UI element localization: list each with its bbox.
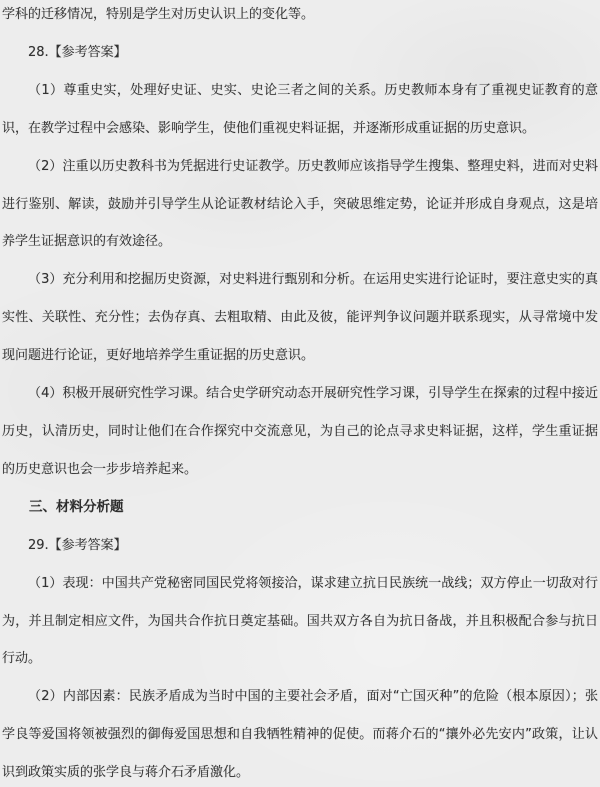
document-body: 学科的迁移情况，特别是学生对历史认识上的变化等。 28.【参考答案】 （1）尊重… — [2, 0, 598, 787]
answer-28-point-1: （1）尊重史实，处理好史证、史实、史论三者之间的关系。历史教师本身有了重视史证教… — [2, 72, 598, 148]
scanned-document-page: 学科的迁移情况，特别是学生对历史认识上的变化等。 28.【参考答案】 （1）尊重… — [0, 0, 600, 783]
answer-28-point-4: （4）积极开展研究性学习课。结合史学研究动态开展研究性学习课，引导学生在探索的过… — [2, 375, 598, 489]
answer-28-point-2: （2）注重以历史教科书为凭据进行史证教学。历史教师应该指导学生搜集、整理史料，进… — [2, 148, 598, 262]
answer-28-point-3: （3）充分利用和挖掘历史资源，对史料进行甄别和分析。在运用史实进行论证时，要注意… — [2, 261, 598, 375]
answer-label-29: 29.【参考答案】 — [2, 527, 598, 565]
answer-label-28: 28.【参考答案】 — [2, 34, 598, 72]
answer-29-point-1: （1）表现：中国共产党秘密同国民党将领接洽，谋求建立抗日民族统一战线；双方停止一… — [2, 565, 598, 679]
section-heading-material-analysis: 三、材料分析题 — [2, 489, 598, 527]
paragraph-continuation: 学科的迁移情况，特别是学生对历史认识上的变化等。 — [2, 0, 598, 34]
answer-29-point-2: （2）内部因素：民族矛盾成为当时中国的主要社会矛盾，面对“亡国灭种”的危险（根本… — [2, 678, 598, 787]
